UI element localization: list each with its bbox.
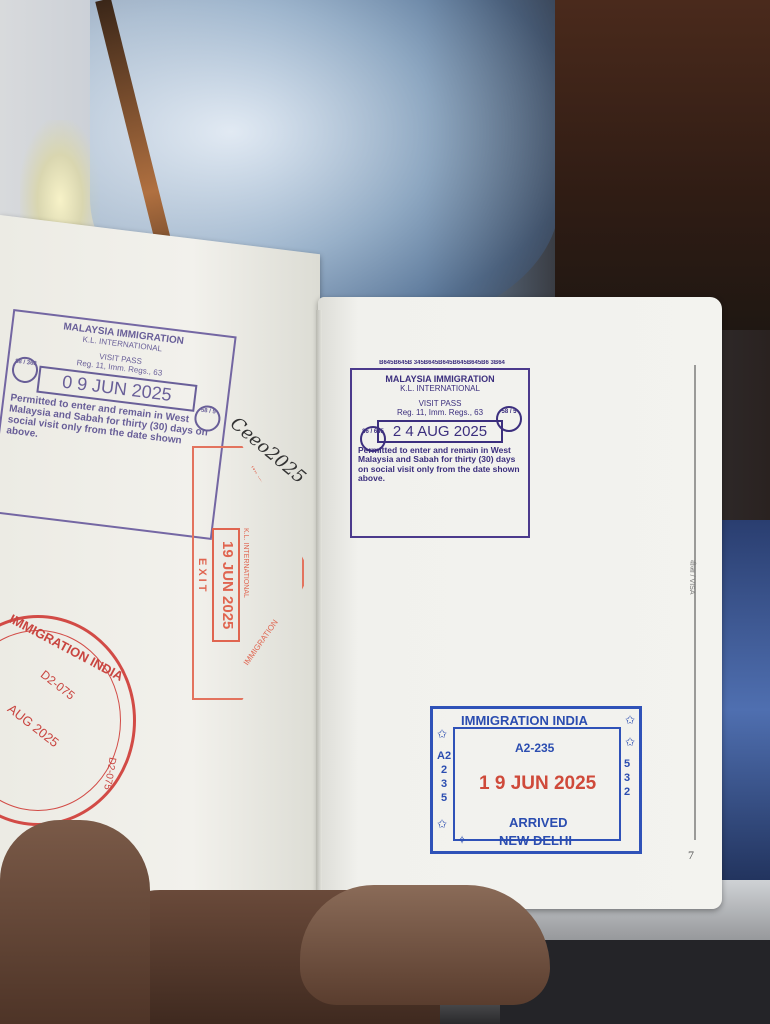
left-thumb xyxy=(0,820,150,1024)
malaysia-entry-stamp-aug: B645B645B 345B645B645B645B645B6 3B64 86 … xyxy=(350,368,530,538)
background-person xyxy=(555,0,770,330)
arrival-code: A2-235 xyxy=(515,741,554,755)
stamp-subtitle: K.L. INTERNATIONAL xyxy=(358,384,522,393)
stamp-circle-right: 58 / 5 xyxy=(496,406,522,432)
star-icon: ✧ xyxy=(457,833,467,847)
arrival-status: ARRIVED xyxy=(509,815,568,830)
stamp-title: MALAYSIA IMMIGRATION xyxy=(358,374,522,384)
arrival-vertical-left: A2 2 3 5 xyxy=(437,749,451,805)
passport-spine xyxy=(316,310,322,900)
arrival-vertical-right: 5 3 2 xyxy=(621,757,633,799)
exit-label: EXIT xyxy=(196,558,208,594)
stamp-type: VISIT PASS xyxy=(358,399,522,408)
stamp-edge-code: B645B645B 345B645B645B645B645B6 3B64 xyxy=(352,360,532,366)
stamp-body: Permitted to enter and remain in West Ma… xyxy=(358,446,522,483)
exit-counter: K.L. INTERNATIONAL xyxy=(242,528,249,598)
stamp-circle-left: 86 / 645 xyxy=(360,426,386,452)
star-icon: ✩ xyxy=(437,727,447,741)
visa-label: वीजा / VISA xyxy=(687,560,696,595)
right-thumb xyxy=(300,885,550,1005)
page-number: 7 xyxy=(688,848,694,863)
arrival-city: NEW DELHI xyxy=(499,833,572,848)
india-arrival-stamp: ✩ ✩ ✩ ✩ ✧ IMMIGRATION INDIA A2-235 A2 2 … xyxy=(430,706,642,854)
page-margin-line xyxy=(694,365,696,840)
star-icon: ✩ xyxy=(625,735,635,749)
star-icon: ✩ xyxy=(625,713,635,727)
background-clothing xyxy=(720,520,770,900)
star-icon: ✩ xyxy=(437,817,447,831)
exit-date: 19 JUN 2025 xyxy=(212,528,240,642)
stamp-date: 2 4 AUG 2025 xyxy=(377,420,504,443)
arrival-date: 1 9 JUN 2025 xyxy=(479,773,596,795)
arrival-header: IMMIGRATION INDIA xyxy=(461,713,588,728)
